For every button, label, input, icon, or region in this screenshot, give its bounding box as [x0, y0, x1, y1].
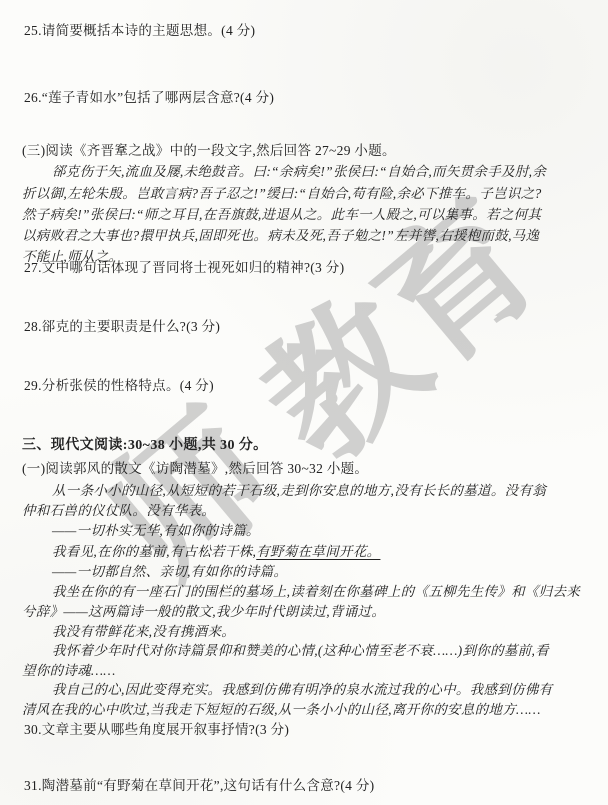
- classical-passage-line: 郤克伤于矢,流血及屦,未绝鼓音。曰:“余病矣!”张侯曰:“自始合,而矢贯余手及肘…: [52, 163, 546, 181]
- classical-passage-line: 以病败君之大事也?擐甲执兵,固即死也。病未及死,吾子勉之!”左并辔,右援枹而鼓,…: [22, 227, 539, 245]
- watermark-char-jiao: 教: [239, 274, 450, 485]
- question-29: 29.分析张侯的性格特点。(4 分): [24, 377, 214, 395]
- question-25: 25.请简要概括本诗的主题思想。(4 分): [24, 22, 255, 40]
- classical-intro: (三)阅读《齐晋鞌之战》中的一段文字,然后回答 27~29 小题。: [22, 142, 396, 160]
- modern-passage-line: 清风在我的心中吹过,当我走下短短的石级,从一条小小的山径,离开你的安息的地方……: [22, 701, 541, 719]
- question-30: 30.文章主要从哪些角度展开叙事抒情?(3 分): [24, 721, 289, 739]
- modern-passage-line: 望你的诗魂……: [22, 662, 116, 680]
- modern-passage-line: 我看见,在你的墓前,有古松若干株,有野菊在草间开花。: [52, 543, 380, 561]
- modern-intro: (一)阅读郭风的散文《访陶潜墓》,然后回答 30~32 小题。: [22, 460, 368, 478]
- modern-passage-line: 我自己的心,因此变得充实。我感到仿佛有明净的泉水流过我的心中。我感到仿佛有: [52, 681, 552, 699]
- question-31: 31.陶潜墓前“有野菊在草间开花”,这句话有什么含意?(4 分): [24, 777, 374, 795]
- question-26: 26.“莲子青如水”包括了哪两层含意?(4 分): [24, 89, 274, 107]
- modern-passage-line: 仲和石兽的仪仗队。没有华表。: [22, 502, 215, 520]
- modern-passage-line: ——一切朴实无华,有如你的诗篇。: [52, 522, 260, 540]
- modern-section-heading: 三、现代文阅读:30~38 小题,共 30 分。: [22, 437, 268, 455]
- passage-text: 我看见,在你的墓前,有古松若干株,: [52, 544, 256, 559]
- modern-passage-line: 我坐在你的有一座石门的围栏的墓场上,读着刻在你墓碑上的《五柳先生传》和《归去来: [52, 583, 580, 601]
- modern-passage-line: ——一切都自然、亲切,有如你的诗篇。: [52, 563, 287, 581]
- question-27: 27.文中哪句话体现了晋同将士视死如归的精神?(3 分): [24, 259, 344, 277]
- question-28: 28.郤克的主要职责是什么?(3 分): [24, 318, 220, 336]
- modern-passage-line: 兮辞》——这两篇诗一般的散文,我少年时代朗读过,背诵过。: [22, 603, 385, 621]
- classical-passage-line: 折以御,左轮朱殷。岂敢言病?吾子忍之!”缓曰:“自始合,苟有险,余必下推车。子岂…: [22, 185, 542, 203]
- classical-passage-line: 然子病矣!”张侯曰:“师之耳目,在吾旗鼓,进退从之。此车一人殿之,可以集事。若之…: [22, 206, 541, 224]
- exam-paper-page: 师 教 育 25.请简要概括本诗的主题思想。(4 分) 26.“莲子青如水”包括…: [0, 0, 608, 805]
- underlined-phrase: 有野菊在草间开花。: [256, 544, 380, 559]
- modern-passage-line: 我没有带鲜花来,没有携酒来。: [52, 623, 235, 641]
- modern-passage-line: 我怀着少年时代对你诗篇景仰和赞美的心情,(这种心情至老不衰……)到你的墓前,看: [52, 642, 549, 660]
- modern-passage-line: 从一条小小的山径,从短短的若干石级,走到你安息的地方,没有长长的墓道。没有翁: [52, 482, 546, 500]
